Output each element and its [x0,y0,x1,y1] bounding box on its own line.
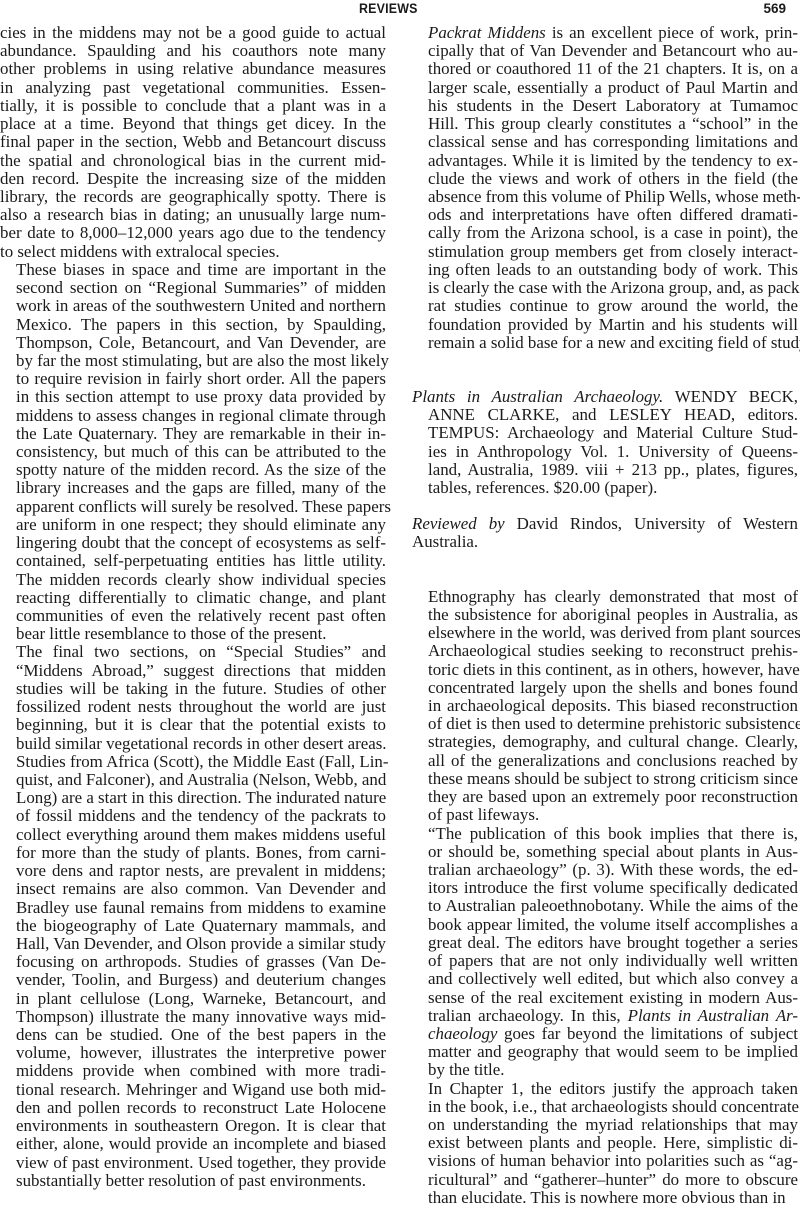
text-line: collect everything around them makes mid… [0,826,386,844]
text-line: tralian archaeology. In this, Plants in … [412,1007,798,1025]
text-line: than elucidate. This is nowhere more obv… [412,1189,798,1207]
text-line: all of the generalizations and conclusio… [412,752,798,770]
text-line: reacting differentially to climatic chan… [0,589,386,607]
text-line: Thompson) illustrate the many innovative… [0,1008,386,1026]
text-line: land, Australia, 1989. viii + 213 pp., p… [412,461,798,479]
text-line: of diet is then used to determine prehis… [412,715,798,733]
text-line: strategies, demography, and cultural cha… [412,733,798,751]
text-line: tially, it is possible to conclude that … [0,97,386,115]
text-line: either, alone, would provide an incomple… [0,1135,386,1153]
text-line: consistency, but much of this can be att… [0,443,386,461]
text-line: tables, references. $20.00 (paper). [412,479,798,497]
text-line: in this section attempt to use proxy dat… [0,388,386,406]
text-line: ing often leads to an outstanding body o… [412,261,798,279]
text-line: ods and interpretations have often diffe… [412,206,798,224]
text-line: Studies from Africa (Scott), the Middle … [0,753,386,771]
paragraph: These biases in space and time are impor… [0,261,386,644]
text-line: his students in the Desert Laboratory at… [412,97,798,115]
text-line: lingering doubt that the concept of ecos… [0,534,386,552]
text-line: by the title. [412,1061,798,1079]
text-line: place at a time. Beyond that things get … [0,115,386,133]
packrat-middens-closing-paragraph: Packrat Middens is an excellent piece of… [412,24,798,352]
text-line: second section on “Regional Summaries” o… [0,279,386,297]
text-line: on understanding the myriad relationship… [412,1116,798,1134]
text-line: Bradley use faunal remains from middens … [0,899,386,917]
text-line: matter and geography that would seem to … [412,1043,798,1061]
book-citation: Plants in Australian Archaeology. WENDY … [412,388,798,497]
text-line: den and pollen records to reconstruct La… [0,1099,386,1117]
text-line: great deal. The editors have brought tog… [412,934,798,952]
text-line: or should be, something special about pl… [412,843,798,861]
reviewed-by-label: Reviewed by [412,514,505,533]
section-gap [412,552,798,570]
book-title-italic: chaeology [428,1024,497,1043]
text-line: beginning, but it is clear that the pote… [0,716,386,734]
text-line: are uniform in one respect; they should … [0,516,386,534]
text-line: middens to assess changes in regional cl… [0,407,386,425]
text-line: “The publication of this book implies th… [412,825,798,843]
text-line: Long) are a start in this direction. The… [0,789,386,807]
text-line: ANNE CLARKE, and LESLEY HEAD, editors. [412,406,798,424]
text-line: toric diets in this continent, as in oth… [412,661,798,679]
text-line: other problems in using relative abundan… [0,60,386,78]
text-line: exist between plants and people. Here, s… [412,1134,798,1152]
text-line: they are based upon an extremely poor re… [412,788,798,806]
book-title-italic: Packrat Middens [428,23,546,42]
text-line: visions of human behavior into polaritie… [412,1152,798,1170]
text-line: to Australian paleoethnobotany. While th… [412,897,798,915]
text-line: these means should be subject to strong … [412,770,798,788]
text-line: absence from this volume of Philip Wells… [412,188,798,206]
text-line: is clearly the case with the Arizona gro… [412,279,798,297]
text-line: Ethnography has clearly demonstrated tha… [412,588,798,606]
text-line: substantially better resolution of past … [0,1172,386,1190]
text-line: middens provide when combined with more … [0,1062,386,1080]
section-gap [412,497,798,515]
text-line: vore dens and raptor nests, are prevalen… [0,862,386,880]
text-line: the biogeography of Late Quaternary mamm… [0,917,386,935]
text-line: the spatial and chronological bias in th… [0,152,386,170]
text-line: in plant cellulose (Long, Warneke, Betan… [0,990,386,1008]
text-line: quist, and Falconer), and Australia (Nel… [0,771,386,789]
text-line: Plants in Australian Archaeology. WENDY … [412,388,798,406]
right-column: Packrat Middens is an excellent piece of… [412,24,798,1207]
reviewer-line: Reviewed by David Rindos, University of … [412,515,798,551]
left-column: cies in the middens may not be a good gu… [0,24,386,1190]
text-line: to select middens with extralocal specie… [0,243,386,261]
text-line: environments in southeastern Oregon. It … [0,1117,386,1135]
text-line: advantages. While it is limited by the t… [412,152,798,170]
text-line: in the book, i.e., that archaeologists s… [412,1098,798,1116]
text-line: studies will be taking in the future. St… [0,680,386,698]
text-line: volume, however, illustrates the interpr… [0,1044,386,1062]
text-line: itors introduce the first volume specifi… [412,879,798,897]
text-line: sense of the real excitement existing in… [412,989,798,1007]
reviewer-name-affiliation: David Rindos, University of Western [505,514,798,533]
text-line: stimulation group members get from close… [412,243,798,261]
text-line: the Late Quaternary. They are remarkable… [0,425,386,443]
text-line: The final two sections, on “Special Stud… [0,643,386,661]
text-line: the subsistence for aboriginal peoples i… [412,606,798,624]
text-line: bear little resemblance to those of the … [0,625,386,643]
running-head-title: REVIEWS [359,1,418,16]
text-line: communities of even the relatively recen… [0,607,386,625]
paragraph: cies in the middens may not be a good gu… [0,24,386,261]
citation-editor-1: WENDY BECK, [663,387,798,406]
text-line: vender, Toolin, and Burgess) and deuteri… [0,971,386,989]
text-line: book appear limited, the volume itself a… [412,916,798,934]
text-line: of fossil middens and the tendency of th… [0,807,386,825]
text-line: dens can be studied. One of the best pap… [0,1026,386,1044]
text-line: Reviewed by David Rindos, University of … [412,515,798,533]
text-line: tralian archaeology” (p. 3). With these … [412,861,798,879]
paragraph: In Chapter 1, the editors justify the ap… [412,1080,798,1208]
text-line: in archaeological deposits. This biased … [412,697,798,715]
text-line: elsewhere in the world, was derived from… [412,624,798,642]
text-line: cies in the middens may not be a good gu… [0,24,386,42]
text-line: ies in Anthropology Vol. 1. University o… [412,443,798,461]
text-line: The midden records clearly show individu… [0,571,386,589]
text-line: classical sense and has corresponding li… [412,133,798,151]
paragraph: “The publication of this book implies th… [412,825,798,1080]
text-line: den record. Despite the increasing size … [0,170,386,188]
text-line: remain a solid base for a new and exciti… [412,334,798,352]
text-line: Mexico. The papers in this section, by S… [0,316,386,334]
text-line: of papers that are not only individually… [412,952,798,970]
text-line: fossilized rodent nests throughout the w… [0,698,386,716]
text-line: in analyzing past vegetational communiti… [0,79,386,97]
review-body: Ethnography has clearly demonstrated tha… [412,588,798,1207]
text-line: ber date to 8,000–12,000 years ago due t… [0,224,386,242]
paragraph: The final two sections, on “Special Stud… [0,643,386,1190]
text-line: In Chapter 1, the editors justify the ap… [412,1080,798,1098]
text-line: by far the most stimulating, but are als… [0,352,386,370]
page-number: 569 [763,1,786,16]
text-line: ricultural” and “gatherer–hunter” do mor… [412,1171,798,1189]
text-line: Australia. [412,533,798,551]
text-line: to require revision in fairly short orde… [0,370,386,388]
running-head: REVIEWS 569 [0,0,800,22]
text-line: clude the views and work of others in th… [412,170,798,188]
text-line: library increases and the gaps are fille… [0,479,386,497]
text-line: and collectively well edited, but which … [412,970,798,988]
text-line: of past lifeways. [412,806,798,824]
text-line: “Middens Abroad,” suggest directions tha… [0,662,386,680]
text-line: Hill. This group clearly constitutes a “… [412,115,798,133]
citation-title: Plants in Australian Archaeology. [412,387,663,406]
text-line: thored or coauthored 11 of the 21 chapte… [412,60,798,78]
text-line: foundation provided by Martin and his st… [412,316,798,334]
text-line: contained, self-perpetuating entities ha… [0,552,386,570]
section-gap [412,352,798,388]
paragraph: Ethnography has clearly demonstrated tha… [412,588,798,825]
text-line: spotty nature of the midden record. As t… [0,461,386,479]
text-line: view of past environment. Used together,… [0,1154,386,1172]
text-line: final paper in the section, Webb and Bet… [0,133,386,151]
text-line: abundance. Spaulding and his coauthors n… [0,42,386,60]
text-line: Packrat Middens is an excellent piece of… [412,24,798,42]
text-line: tional research. Mehringer and Wigand us… [0,1081,386,1099]
text-line: Hall, Van Devender, and Olson provide a … [0,935,386,953]
text-line: cally from the Arizona school, is a case… [412,224,798,242]
text-line: TEMPUS: Archaeology and Material Culture… [412,424,798,442]
text-line: Archaeological studies seeking to recons… [412,642,798,660]
text-line: chaeology goes far beyond the limitation… [412,1025,798,1043]
text-line: apparent conflicts will surely be resolv… [0,498,386,516]
text-line: library, the records are geographically … [0,188,386,206]
text-line: build similar vegetational records in ot… [0,735,386,753]
text-line: also a research bias in dating; an unusu… [0,206,386,224]
book-title-italic: Plants in Australian Ar- [628,1006,798,1025]
text-line: focusing on arthropods. Studies of grass… [0,953,386,971]
text-line: rat studies continue to grow around the … [412,297,798,315]
text-line: larger scale, essentially a product of P… [412,79,798,97]
text-line: cipally that of Van Devender and Betanco… [412,42,798,60]
text-line: work in areas of the southwestern United… [0,297,386,315]
text-line: concentrated largely upon the shells and… [412,679,798,697]
section-gap [412,570,798,588]
text-line: for more than the study of plants. Bones… [0,844,386,862]
text-line: These biases in space and time are impor… [0,261,386,279]
text-line: insect remains are also common. Van Deve… [0,880,386,898]
text-line: Thompson, Cole, Betancourt, and Van Deve… [0,334,386,352]
